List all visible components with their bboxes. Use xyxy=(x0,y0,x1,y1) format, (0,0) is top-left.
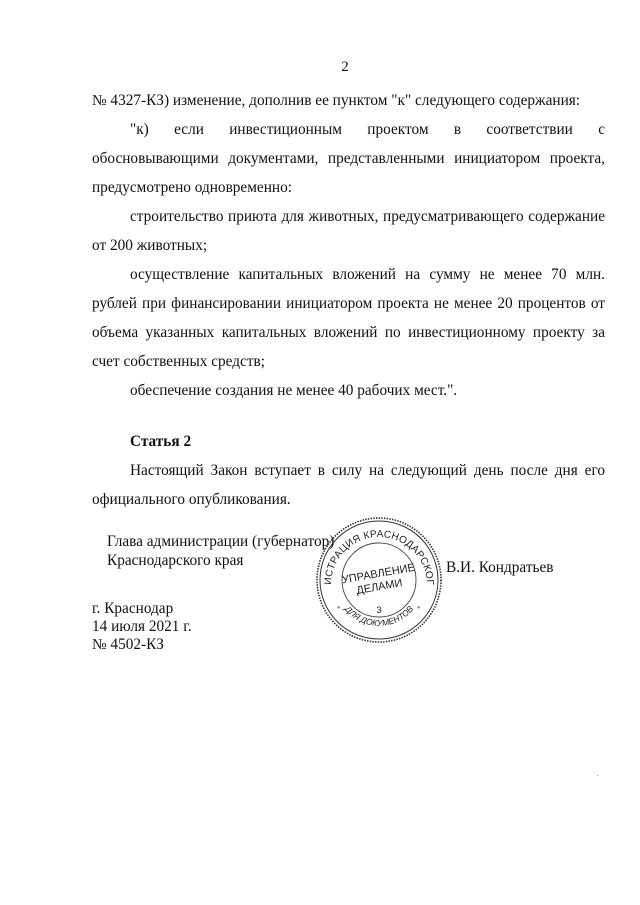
paragraph-shelter: строительство приюта для животных, преду… xyxy=(92,202,605,260)
place-date-block: г. Краснодар 14 июля 2021 г. № 4502-КЗ xyxy=(92,600,192,654)
spacer xyxy=(92,405,605,427)
article-heading: Статья 2 xyxy=(92,427,605,456)
signatory-title-line2: Краснодарского края xyxy=(107,551,334,570)
article-text: Настоящий Закон вступает в силу на следу… xyxy=(92,456,605,514)
signatory-title-line1: Глава администрации (губернатор) xyxy=(107,532,334,551)
signatory-title: Глава администрации (губернатор) Краснод… xyxy=(107,532,334,570)
stamp-star-right: * xyxy=(417,605,421,613)
document-body: № 4327-КЗ) изменение, дополнив ее пункто… xyxy=(92,86,605,514)
paragraph-investment: осуществление капитальных вложений на су… xyxy=(92,260,605,376)
stamp-star-left: * xyxy=(337,605,341,613)
paragraph-continuation: № 4327-КЗ) изменение, дополнив ее пункто… xyxy=(92,86,605,115)
date: 14 июля 2021 г. xyxy=(92,618,192,636)
page-number: 2 xyxy=(0,59,640,76)
law-number: № 4502-КЗ xyxy=(92,636,192,654)
signatory-name: В.И. Кондратьев xyxy=(446,559,554,577)
paragraph-item-k: "к) если инвестиционным проектом в соотв… xyxy=(92,115,605,202)
official-stamp: АДМИНИСТРАЦИЯ КРАСНОДАРСКОГО КРАЯ ДЛЯ ДО… xyxy=(314,515,444,645)
stamp-number: 3 xyxy=(376,605,381,615)
city: г. Краснодар xyxy=(92,600,192,618)
paragraph-jobs: обеспечение создания не менее 40 рабочих… xyxy=(92,376,605,405)
scan-artifact xyxy=(597,775,598,776)
stamp-seal-icon: АДМИНИСТРАЦИЯ КРАСНОДАРСКОГО КРАЯ ДЛЯ ДО… xyxy=(314,515,444,645)
